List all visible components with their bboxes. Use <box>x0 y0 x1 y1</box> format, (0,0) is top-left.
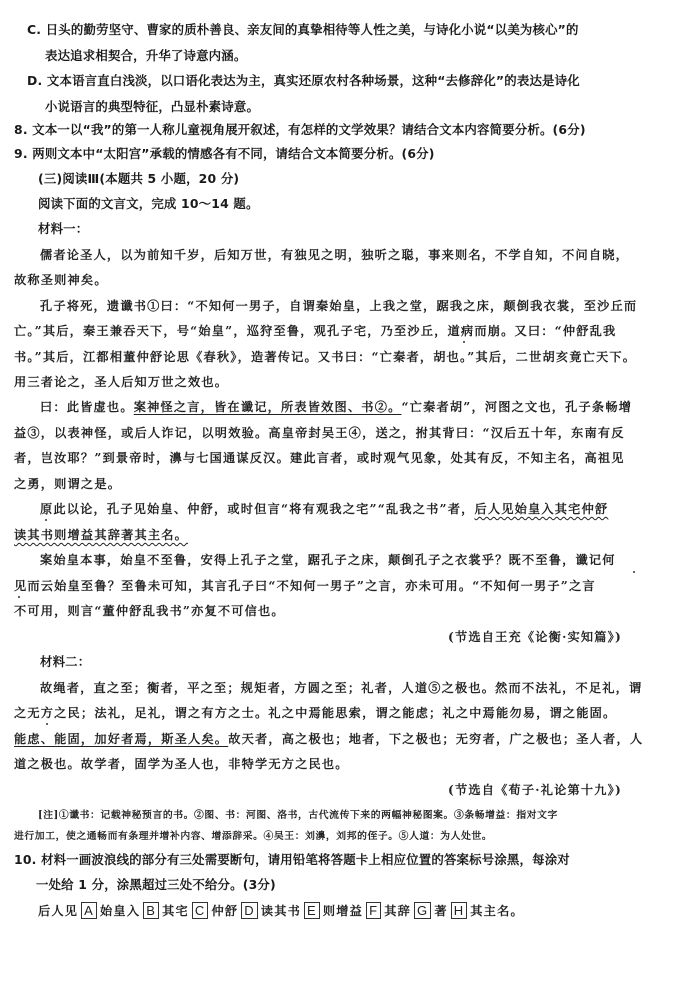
underlined-sentence: 能虑、能固，加好者焉，斯圣人矣。 <box>14 732 228 746</box>
material1-line: 不可用，则言“董仲舒乱我书”亦复不可信也。 <box>14 603 285 619</box>
underlined-sentence: 案神怪之言，皆在谶记，所表皆效图、书②。 <box>134 400 402 414</box>
answer-box-a[interactable]: A <box>81 902 97 919</box>
exam-page: C. 日头的勤劳坚守、曹家的质朴善良、亲友间的真挚相待等人性之美，与诗化小说“以… <box>0 0 693 987</box>
option-c-line1: C. 日头的勤劳坚守、曹家的质朴善良、亲友间的真挚相待等人性之美，与诗化小说“以… <box>27 22 579 38</box>
answer-box-g[interactable]: G <box>414 902 431 919</box>
emphasis-dot <box>463 341 465 343</box>
material1-line: 见而云始皇至鲁？至鲁未可知，其言孔子曰“不知何一男子”之言，亦未可用。“不知何一… <box>14 578 596 594</box>
material1-p4-cont: 读其书则增益其辞著其主名。 <box>14 527 188 543</box>
question-10-line2: 一处给 1 分，涂黑超过三处不给分。(3分) <box>36 877 276 893</box>
material2-line: 故绳者，直之至；衡者，平之至；规矩者，方圆之至；礼者，人道⑤之极也。然而不法礼，… <box>40 680 642 696</box>
answer-box-d[interactable]: D <box>241 902 258 919</box>
material1-line: 之勇，则谓之是。 <box>14 476 121 492</box>
question-8: 8. 文本一以“我”的第一人称儿童视角展开叙述，有怎样的文学效果？请结合文本内容… <box>14 122 586 138</box>
emphasis-dot <box>45 519 47 521</box>
wavy-underlined-text: 读其书则增益其辞著其主名。 <box>14 528 188 542</box>
question-10-segments: 后人见A始皇入B其宅C仲舒D读其书E则增益F其辞G著H其主名。 <box>38 902 524 919</box>
material1-line: 书。”其后，江都相董仲舒论思《春秋》，造著传记。又书曰：“亡秦者，胡也。”其后，… <box>14 349 636 365</box>
emphasis-dot <box>46 723 48 725</box>
option-c-line2: 表达追求相契合，升华了诗意内涵。 <box>45 48 246 64</box>
material1-line: 案始皇本事，始皇不至鲁，安得上孔子之堂，踞孔子之床，颠倒孔子之衣裳乎？既不至鲁，… <box>40 552 616 568</box>
emphasis-dot <box>633 571 635 573</box>
material1-p4: 原此以论，孔子见始皇、仲舒，或时但言“将有观我之宅”“乱我之书”者，后人见始皇入… <box>40 501 608 517</box>
material1-p3: 曰：此皆虚也。案神怪之言，皆在谶记，所表皆效图、书②。“亡秦者胡”，河图之文也，… <box>40 399 632 415</box>
wavy-underlined-text: 后人见始皇入其宅仲舒 <box>474 502 608 516</box>
material2-label: 材料二： <box>40 654 90 670</box>
answer-box-h[interactable]: H <box>451 902 468 919</box>
material1-label: 材料一： <box>38 221 88 237</box>
answer-box-e[interactable]: E <box>304 902 320 919</box>
material1-line: 孔子将死，遗谶书①曰：“不知何一男子，自谓秦始皇，上我之堂，踞我之床，颠倒我衣裳… <box>40 298 637 314</box>
answer-box-c[interactable]: C <box>192 902 209 919</box>
material1-line: 故称圣则神矣。 <box>14 272 108 288</box>
material1-source: (节选自王充《论衡·实知篇》) <box>448 629 622 645</box>
material2-line3: 能虑、能固，加好者焉，斯圣人矣。故天者，高之极也；地者，下之极也；无穷者，广之极… <box>14 731 643 747</box>
material1-line: 用三者论之，圣人后知万世之效也。 <box>14 374 228 390</box>
answer-box-b[interactable]: B <box>143 902 159 919</box>
question-10-line1: 10. 材料一画波浪线的部分有三处需要断句，请用铅笔将答题卡上相应位置的答案标号… <box>14 852 570 868</box>
material2-source: (节选自《荀子·礼论第十九》) <box>448 782 622 798</box>
question-9: 9. 两则文本中“太阳宫”承载的情感各有不同，请结合文本简要分析。(6分) <box>14 146 435 162</box>
option-d-line1: D. 文本语言直白浅淡，以口语化表达为主，真实还原农村各种场景，这种“去修辞化”… <box>27 73 580 89</box>
answer-box-f[interactable]: F <box>366 902 381 919</box>
material2-line: 道之极也。故学者，固学为圣人也，非特学无方之民也。 <box>14 756 349 772</box>
option-d-line2: 小说语言的典型特征，凸显朴素诗意。 <box>45 99 259 115</box>
notes-line1: [注]①谶书：记载神秘预言的书。②图、书：河图、洛书，古代流传下来的两幅神秘图案… <box>38 808 558 824</box>
section-title: (三)阅读Ⅲ(本题共 5 小题，20 分) <box>38 171 239 187</box>
section-instruction: 阅读下面的文言文，完成 10～14 题。 <box>38 196 259 212</box>
notes-line2: 进行加工，使之通畅而有条理并增补内容、增添辞采。④吴王：刘濞，刘邦的侄子。⑤人道… <box>14 829 492 845</box>
material1-line: 益③，以表神怪，或后人诈记，以明效验。高皇帝封吴王④，送之，拊其背曰：“汉后五十… <box>14 425 625 441</box>
material1-line: 者，岂汝耶？”到景帝时，濞与七国通谋反汉。建此言者，或时观气见象，处其有反，不知… <box>14 450 625 466</box>
material1-line: 儒者论圣人，以为前知千岁，后知万世，有独见之明，独听之聪，事来则名，不学自知，不… <box>40 247 629 263</box>
emphasis-dot <box>18 596 20 598</box>
material1-line: 亡。”其后，秦王兼吞天下，号“始皇”，巡狩至鲁，观孔子宅，乃至沙丘，道病而崩。又… <box>14 323 616 339</box>
material2-line: 之无方之民；法礼，足礼，谓之有方之士。礼之中焉能思索，谓之能虑；礼之中焉能勿易，… <box>14 705 616 721</box>
